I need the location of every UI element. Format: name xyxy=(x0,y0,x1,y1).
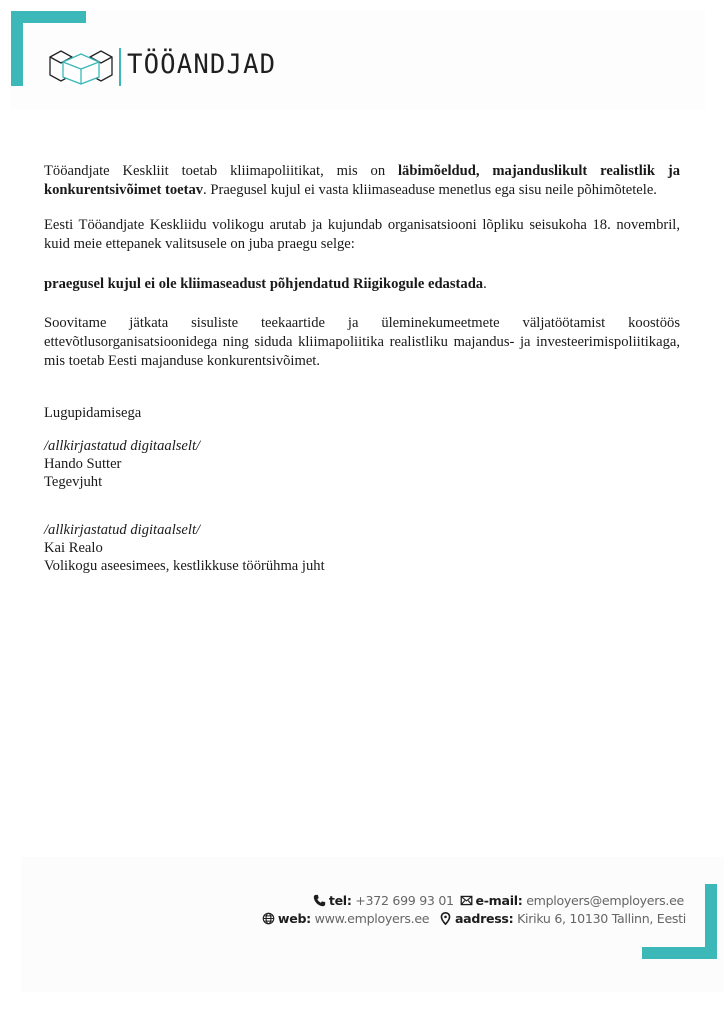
signatory-name-1: Hando Sutter xyxy=(44,455,121,474)
envelope-icon xyxy=(460,894,473,907)
signatory-name-2: Kai Realo xyxy=(44,539,103,558)
phone-icon xyxy=(313,894,326,907)
paragraph-2-text: Eesti Tööandjate Keskliidu volikogu arut… xyxy=(44,216,680,254)
logo-text: TÖÖANDJAD xyxy=(127,50,276,80)
address-value: Kiriku 6, 10130 Tallinn, Eesti xyxy=(517,911,686,926)
closing: Lugupidamisega xyxy=(44,404,141,423)
paragraph-3: praegusel kujul ei ole kliimaseadust põh… xyxy=(44,275,680,294)
signatory-title-2: Volikogu aseesimees, kestlikkuse töörühm… xyxy=(44,557,325,576)
paragraph-1-text-end: . Praegusel kujul ei vasta kliimaseaduse… xyxy=(203,182,657,198)
header-band xyxy=(11,11,705,110)
paragraph-1: Tööandjate Keskliit toetab kliimapoliiti… xyxy=(44,162,680,200)
email-label: e-mail: xyxy=(476,893,523,908)
signature-note-1: /allkirjastatud digitaalselt/ xyxy=(44,437,200,456)
paragraph-4: Soovitame jätkata sisuliste teekaartide … xyxy=(44,314,680,371)
paragraph-3-period: . xyxy=(483,276,487,292)
web-value[interactable]: www.employers.ee xyxy=(315,911,430,926)
corner-accent-bottom-right xyxy=(642,947,717,959)
web-label: web: xyxy=(278,911,311,926)
map-pin-icon xyxy=(439,912,452,925)
tel-value[interactable]: +372 699 93 01 xyxy=(355,893,454,908)
stacked-boxes-icon xyxy=(49,49,113,85)
corner-accent-top-left-vertical xyxy=(11,11,23,86)
logo-divider xyxy=(119,48,121,86)
footer-contact-line-1: tel: +372 699 93 01 e-mail: employers@em… xyxy=(313,892,684,909)
paragraph-1-text: Tööandjate Keskliit toetab kliimapoliiti… xyxy=(44,163,398,179)
email-value[interactable]: employers@employers.ee xyxy=(526,893,684,908)
footer-contact-line-2: web: www.employers.ee aadress: Kiriku 6,… xyxy=(262,910,686,927)
signatory-title-1: Tegevjuht xyxy=(44,473,102,492)
signature-note-2: /allkirjastatud digitaalselt/ xyxy=(44,521,200,540)
paragraph-4-text: Soovitame jätkata sisuliste teekaartide … xyxy=(44,314,680,371)
globe-icon xyxy=(262,912,275,925)
paragraph-3-emphasis: praegusel kujul ei ole kliimaseadust põh… xyxy=(44,276,483,292)
tel-label: tel: xyxy=(329,893,352,908)
paragraph-2: Eesti Tööandjate Keskliidu volikogu arut… xyxy=(44,216,680,254)
address-label: aadress: xyxy=(455,911,513,926)
